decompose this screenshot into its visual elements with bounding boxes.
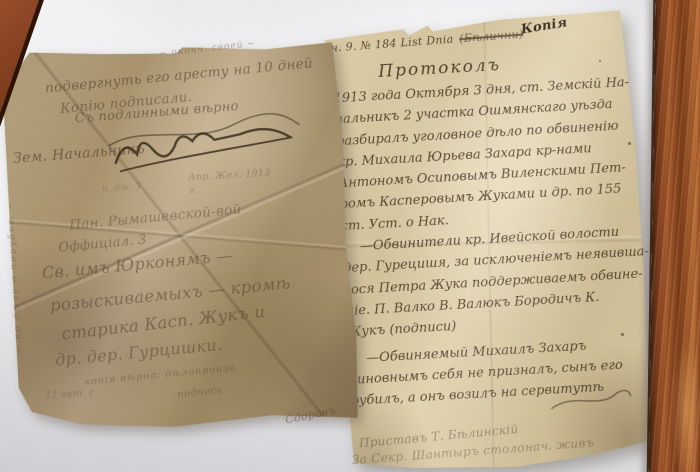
framed-document-photo: ~ оконч. своей ~ подвергнуть его аресту … <box>0 0 700 472</box>
tail-flourish <box>546 384 635 417</box>
right-sheet-wrapper: ч. 9. № 184 List Dnia (Бѣлични) Копія Пр… <box>324 10 655 472</box>
dust-speck <box>621 333 624 336</box>
left-sheet-wrapper: ~ оконч. своей ~ подвергнуть его аресту … <box>0 34 361 437</box>
header-list: List Dnia <box>400 33 454 50</box>
wood-frame-right <box>649 0 700 472</box>
faint-note-right: Апр. Жел. 1913 г. <box>188 166 279 197</box>
protocol-body: 1913 года Октября 3 дня, ст. Земскій На-… <box>333 72 649 413</box>
dust-speck <box>628 142 631 145</box>
dust-speck <box>599 60 601 62</box>
